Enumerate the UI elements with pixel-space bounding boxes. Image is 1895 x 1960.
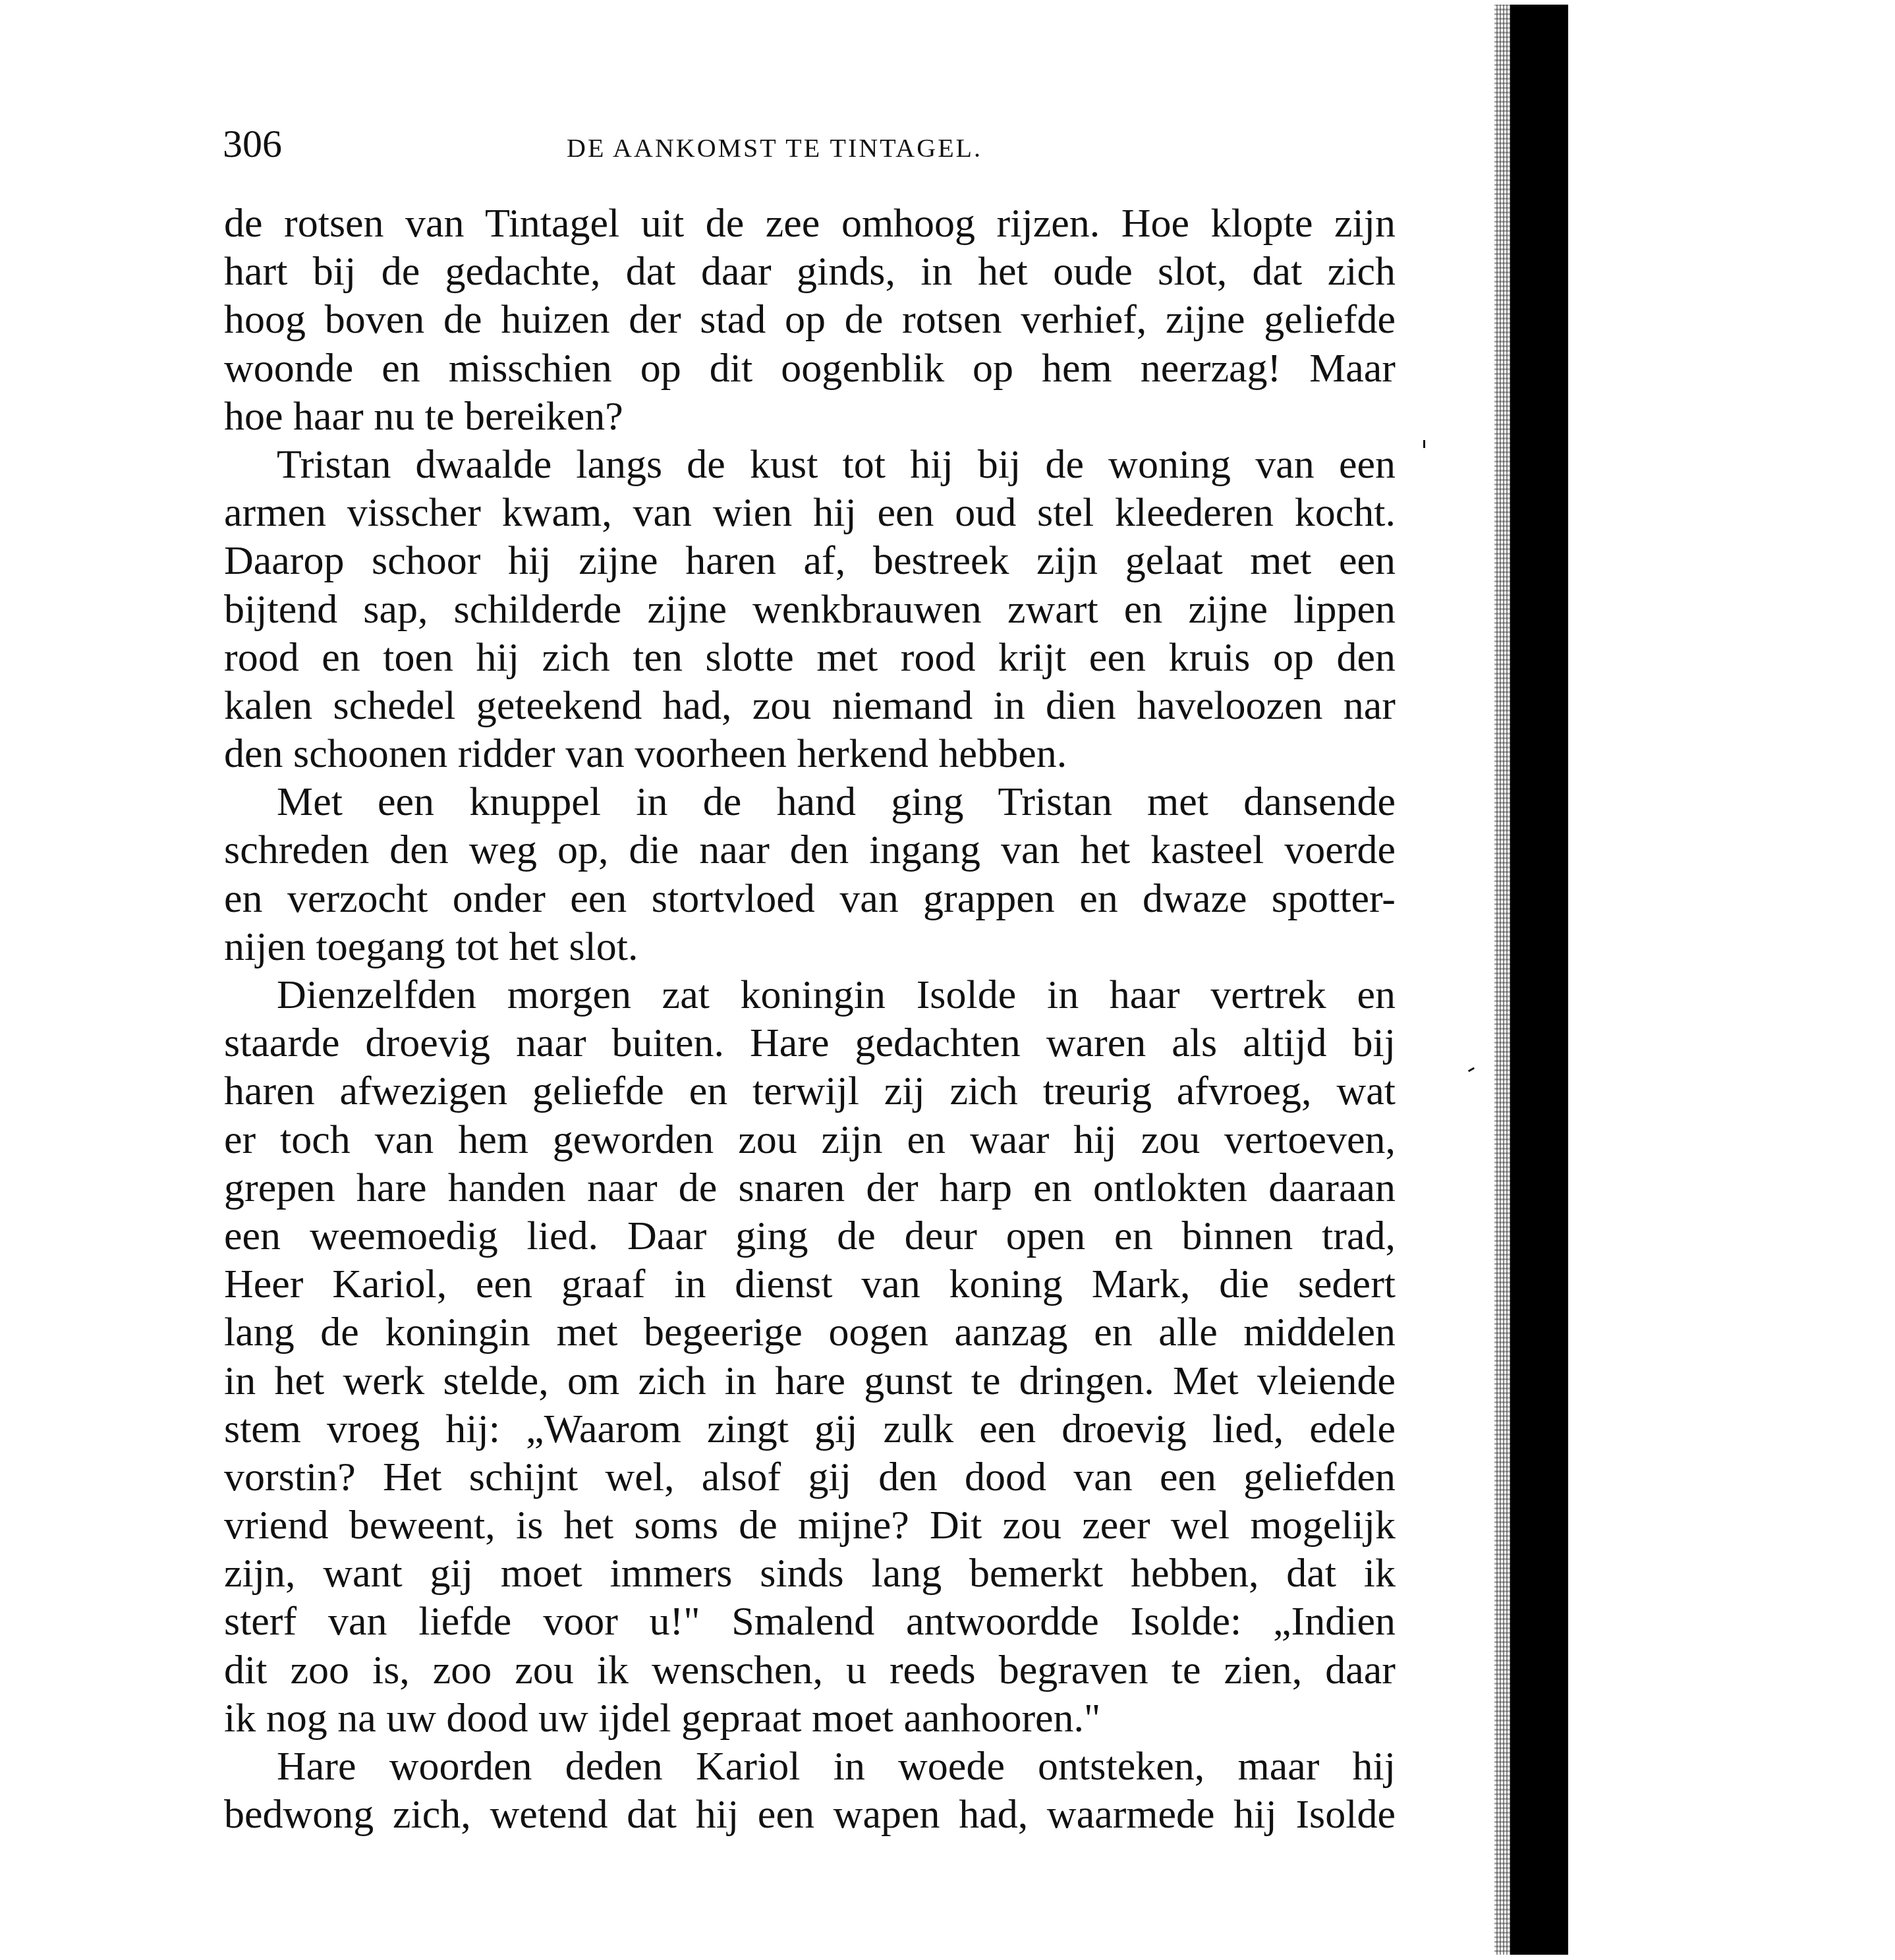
page-number: 306 [223, 124, 282, 163]
text-line: woonde en misschien op dit oogenblik op … [224, 345, 1396, 393]
binding-gutter-shadow [1494, 5, 1568, 1955]
scan-speck [1423, 440, 1425, 448]
book-page: 306 DE AANKOMST TE TINTAGEL. de rotsen v… [0, 0, 1895, 1960]
text-line: staarde droevig naar buiten. Hare gedach… [224, 1019, 1396, 1067]
body-text: de rotsen van Tintagel uit de zee omhoog… [224, 200, 1396, 1839]
text-line: bedwong zich, wetend dat hij een wapen h… [224, 1791, 1396, 1839]
text-line: vriend beweent, is het soms de mijne? Di… [224, 1501, 1396, 1550]
text-line: haren afwezigen geliefde en terwijl zij … [224, 1067, 1396, 1115]
text-line: Heer Kariol, een graaf in dienst van kon… [224, 1260, 1396, 1308]
text-line: vorstin? Het schijnt wel, alsof gij den … [224, 1453, 1396, 1501]
text-line: Met een knuppel in de hand ging Tristan … [224, 778, 1396, 826]
text-line: nijen toegang tot het slot. [224, 923, 1396, 971]
text-line: kalen schedel geteekend had, zou niemand… [224, 682, 1396, 730]
text-line: armen visscher kwam, van wien hij een ou… [224, 489, 1396, 537]
text-line: den schoonen ridder van voorheen herkend… [224, 730, 1396, 778]
text-line: sterf van liefde voor u!" Smalend antwoo… [224, 1598, 1396, 1646]
text-line: ik nog na uw dood uw ijdel gepraat moet … [224, 1694, 1396, 1743]
text-line: bijtend sap, schilderde zijne wenkbrauwe… [224, 586, 1396, 634]
text-line: grepen hare handen naar de snaren der ha… [224, 1164, 1396, 1212]
text-line: Hare woorden deden Kariol in woede ontst… [224, 1743, 1396, 1791]
text-line: dit zoo is, zoo zou ik wenschen, u reeds… [224, 1646, 1396, 1694]
text-line: Dienzelfden morgen zat koningin Isolde i… [224, 971, 1396, 1019]
scan-speck [1468, 1067, 1475, 1073]
text-line: schreden den weg op, die naar den ingang… [224, 826, 1396, 874]
text-line: hart bij de gedachte, dat daar ginds, in… [224, 248, 1396, 296]
running-title: DE AANKOMST TE TINTAGEL. [567, 135, 982, 161]
text-line: stem vroeg hij: „Waarom zingt gij zulk e… [224, 1405, 1396, 1453]
gutter-shadow-solid [1510, 5, 1568, 1955]
text-line: hoog boven de huizen der stad op de rots… [224, 296, 1396, 344]
text-line: zijn, want gij moet immers sinds lang be… [224, 1550, 1396, 1598]
text-line: een weemoedig lied. Daar ging de deur op… [224, 1212, 1396, 1260]
text-line: rood en toen hij zich ten slotte met roo… [224, 634, 1396, 682]
text-line: lang de koningin met begeerige oogen aan… [224, 1308, 1396, 1357]
text-line: en verzocht onder een stortvloed van gra… [224, 875, 1396, 923]
text-line: hoe haar nu te bereiken? [224, 393, 1396, 441]
text-line: in het werk stelde, om zich in hare guns… [224, 1357, 1396, 1405]
text-line: Daarop schoor hij zijne haren af, bestre… [224, 537, 1396, 585]
text-line: er toch van hem geworden zou zijn en waa… [224, 1116, 1396, 1164]
text-line: de rotsen van Tintagel uit de zee omhoog… [224, 200, 1396, 248]
text-line: Tristan dwaalde langs de kust tot hij bi… [224, 441, 1396, 489]
